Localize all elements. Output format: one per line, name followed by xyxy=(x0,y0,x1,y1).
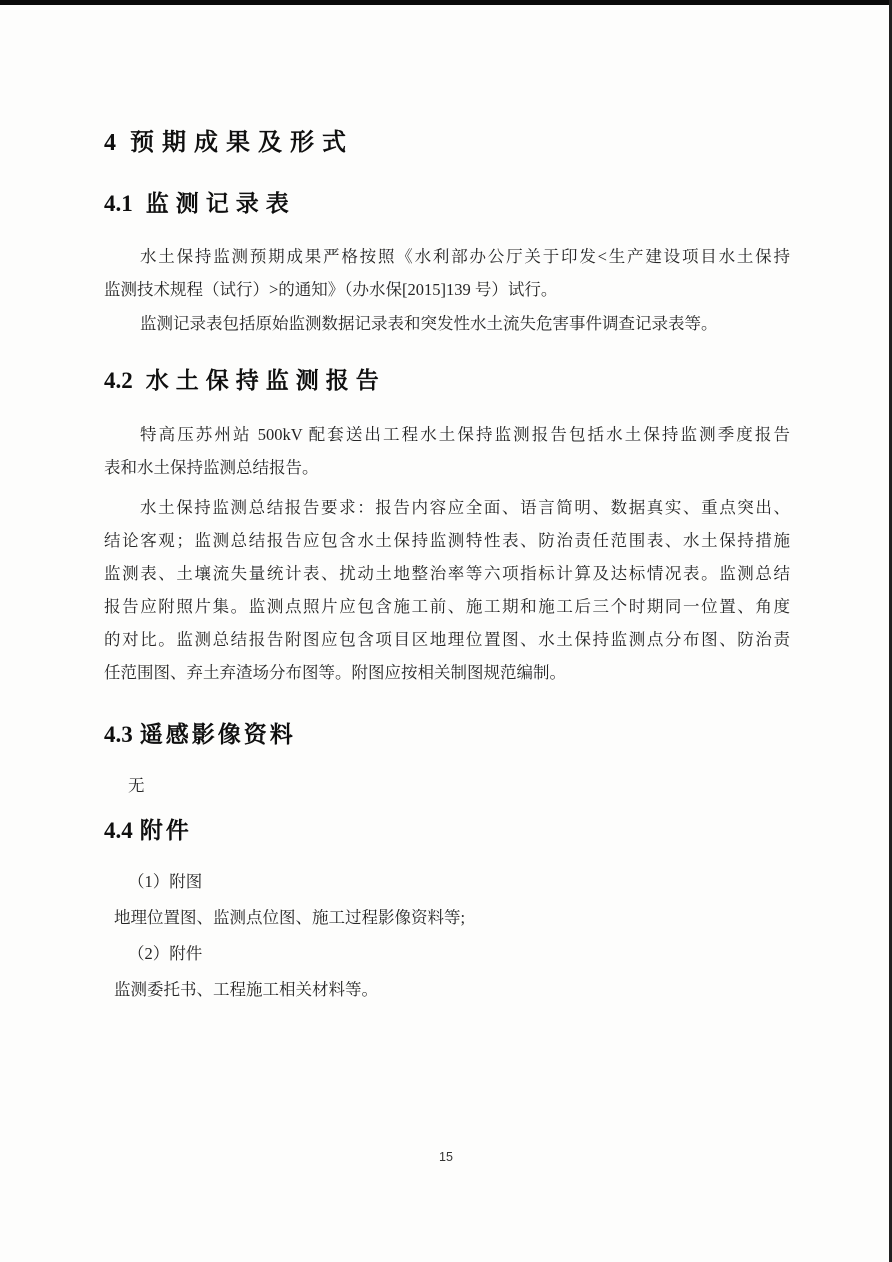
document-body: 4预期成果及形式 4.1监测记录表 水土保持监测预期成果严格按照《水利部办公厅关… xyxy=(104,0,790,1008)
section-heading-4-2: 4.2水土保持监测报告 xyxy=(104,365,790,397)
section-heading-4-4: 4.4附件 xyxy=(104,815,790,847)
paragraph-line: 结论客观；监测总结报告应包含水土保持监测特性表、防治责任范围表、水土保持措施 xyxy=(104,524,790,557)
paragraph-line: 监测表、土壤流失量统计表、扰动土地整治率等六项指标计算及达标情况表。监测总结 xyxy=(104,557,790,590)
chapter-number: 4 xyxy=(104,130,116,156)
list-item: 地理位置图、监测点位图、施工过程影像资料等; xyxy=(104,900,790,936)
section-title: 附件 xyxy=(140,818,192,843)
section-number: 4.1 xyxy=(104,191,133,216)
paragraph-line: 报告应附照片集。监测点照片应包含施工前、施工期和施工后三个时期同一位置、角度 xyxy=(104,590,790,623)
list-item: （2）附件 xyxy=(104,936,790,972)
section-number: 4.2 xyxy=(104,368,133,393)
paragraph-line: 水土保持监测预期成果严格按照《水利部办公厅关于印发<生产建设项目水土保持 xyxy=(104,240,790,273)
paragraph: 无 xyxy=(104,769,790,802)
section-heading-4-1: 4.1监测记录表 xyxy=(104,188,790,220)
paragraph-line: 监测技术规程（试行）>的通知》（办水保[2015]139 号）试行。 xyxy=(104,273,790,306)
section-heading-4-3: 4.3遥感影像资料 xyxy=(104,719,790,751)
attachment-list: （1）附图 地理位置图、监测点位图、施工过程影像资料等; （2）附件 监测委托书… xyxy=(104,864,790,1008)
paragraph-line: 监测记录表包括原始监测数据记录表和突发性水土流失危害事件调查记录表等。 xyxy=(104,307,790,340)
list-item: 监测委托书、工程施工相关材料等。 xyxy=(104,972,790,1008)
chapter-heading: 4预期成果及形式 xyxy=(104,126,790,160)
paragraph-line: 任范围图、弃土弃渣场分布图等。附图应按相关制图规范编制。 xyxy=(104,656,790,689)
paragraph: 水土保持监测总结报告要求：报告内容应全面、语言简明、数据真实、重点突出、 结论客… xyxy=(104,491,790,689)
section-number: 4.3 xyxy=(104,722,133,747)
section-title: 水土保持监测报告 xyxy=(146,368,386,393)
list-item: （1）附图 xyxy=(104,864,790,900)
paragraph-line: 表和水土保持监测总结报告。 xyxy=(104,451,790,484)
document-page: { "page": { "number": "15", "colors": { … xyxy=(0,0,892,1262)
paragraph: 特高压苏州站 500kV 配套送出工程水土保持监测报告包括水土保持监测季度报告 … xyxy=(104,418,790,484)
section-title: 遥感影像资料 xyxy=(140,722,296,747)
paragraph: 监测记录表包括原始监测数据记录表和突发性水土流失危害事件调查记录表等。 xyxy=(104,307,790,340)
section-title: 监测记录表 xyxy=(146,191,296,216)
paragraph: 水土保持监测预期成果严格按照《水利部办公厅关于印发<生产建设项目水土保持 监测技… xyxy=(104,240,790,306)
page-number: 15 xyxy=(0,1150,892,1164)
paragraph-line: 的对比。监测总结报告附图应包含项目区地理位置图、水土保持监测点分布图、防治责 xyxy=(104,623,790,656)
chapter-title: 预期成果及形式 xyxy=(130,130,354,156)
paragraph-line: 水土保持监测总结报告要求：报告内容应全面、语言简明、数据真实、重点突出、 xyxy=(104,491,790,524)
paragraph-line: 无 xyxy=(104,769,790,802)
paragraph-line: 特高压苏州站 500kV 配套送出工程水土保持监测报告包括水土保持监测季度报告 xyxy=(104,418,790,451)
section-number: 4.4 xyxy=(104,818,133,843)
